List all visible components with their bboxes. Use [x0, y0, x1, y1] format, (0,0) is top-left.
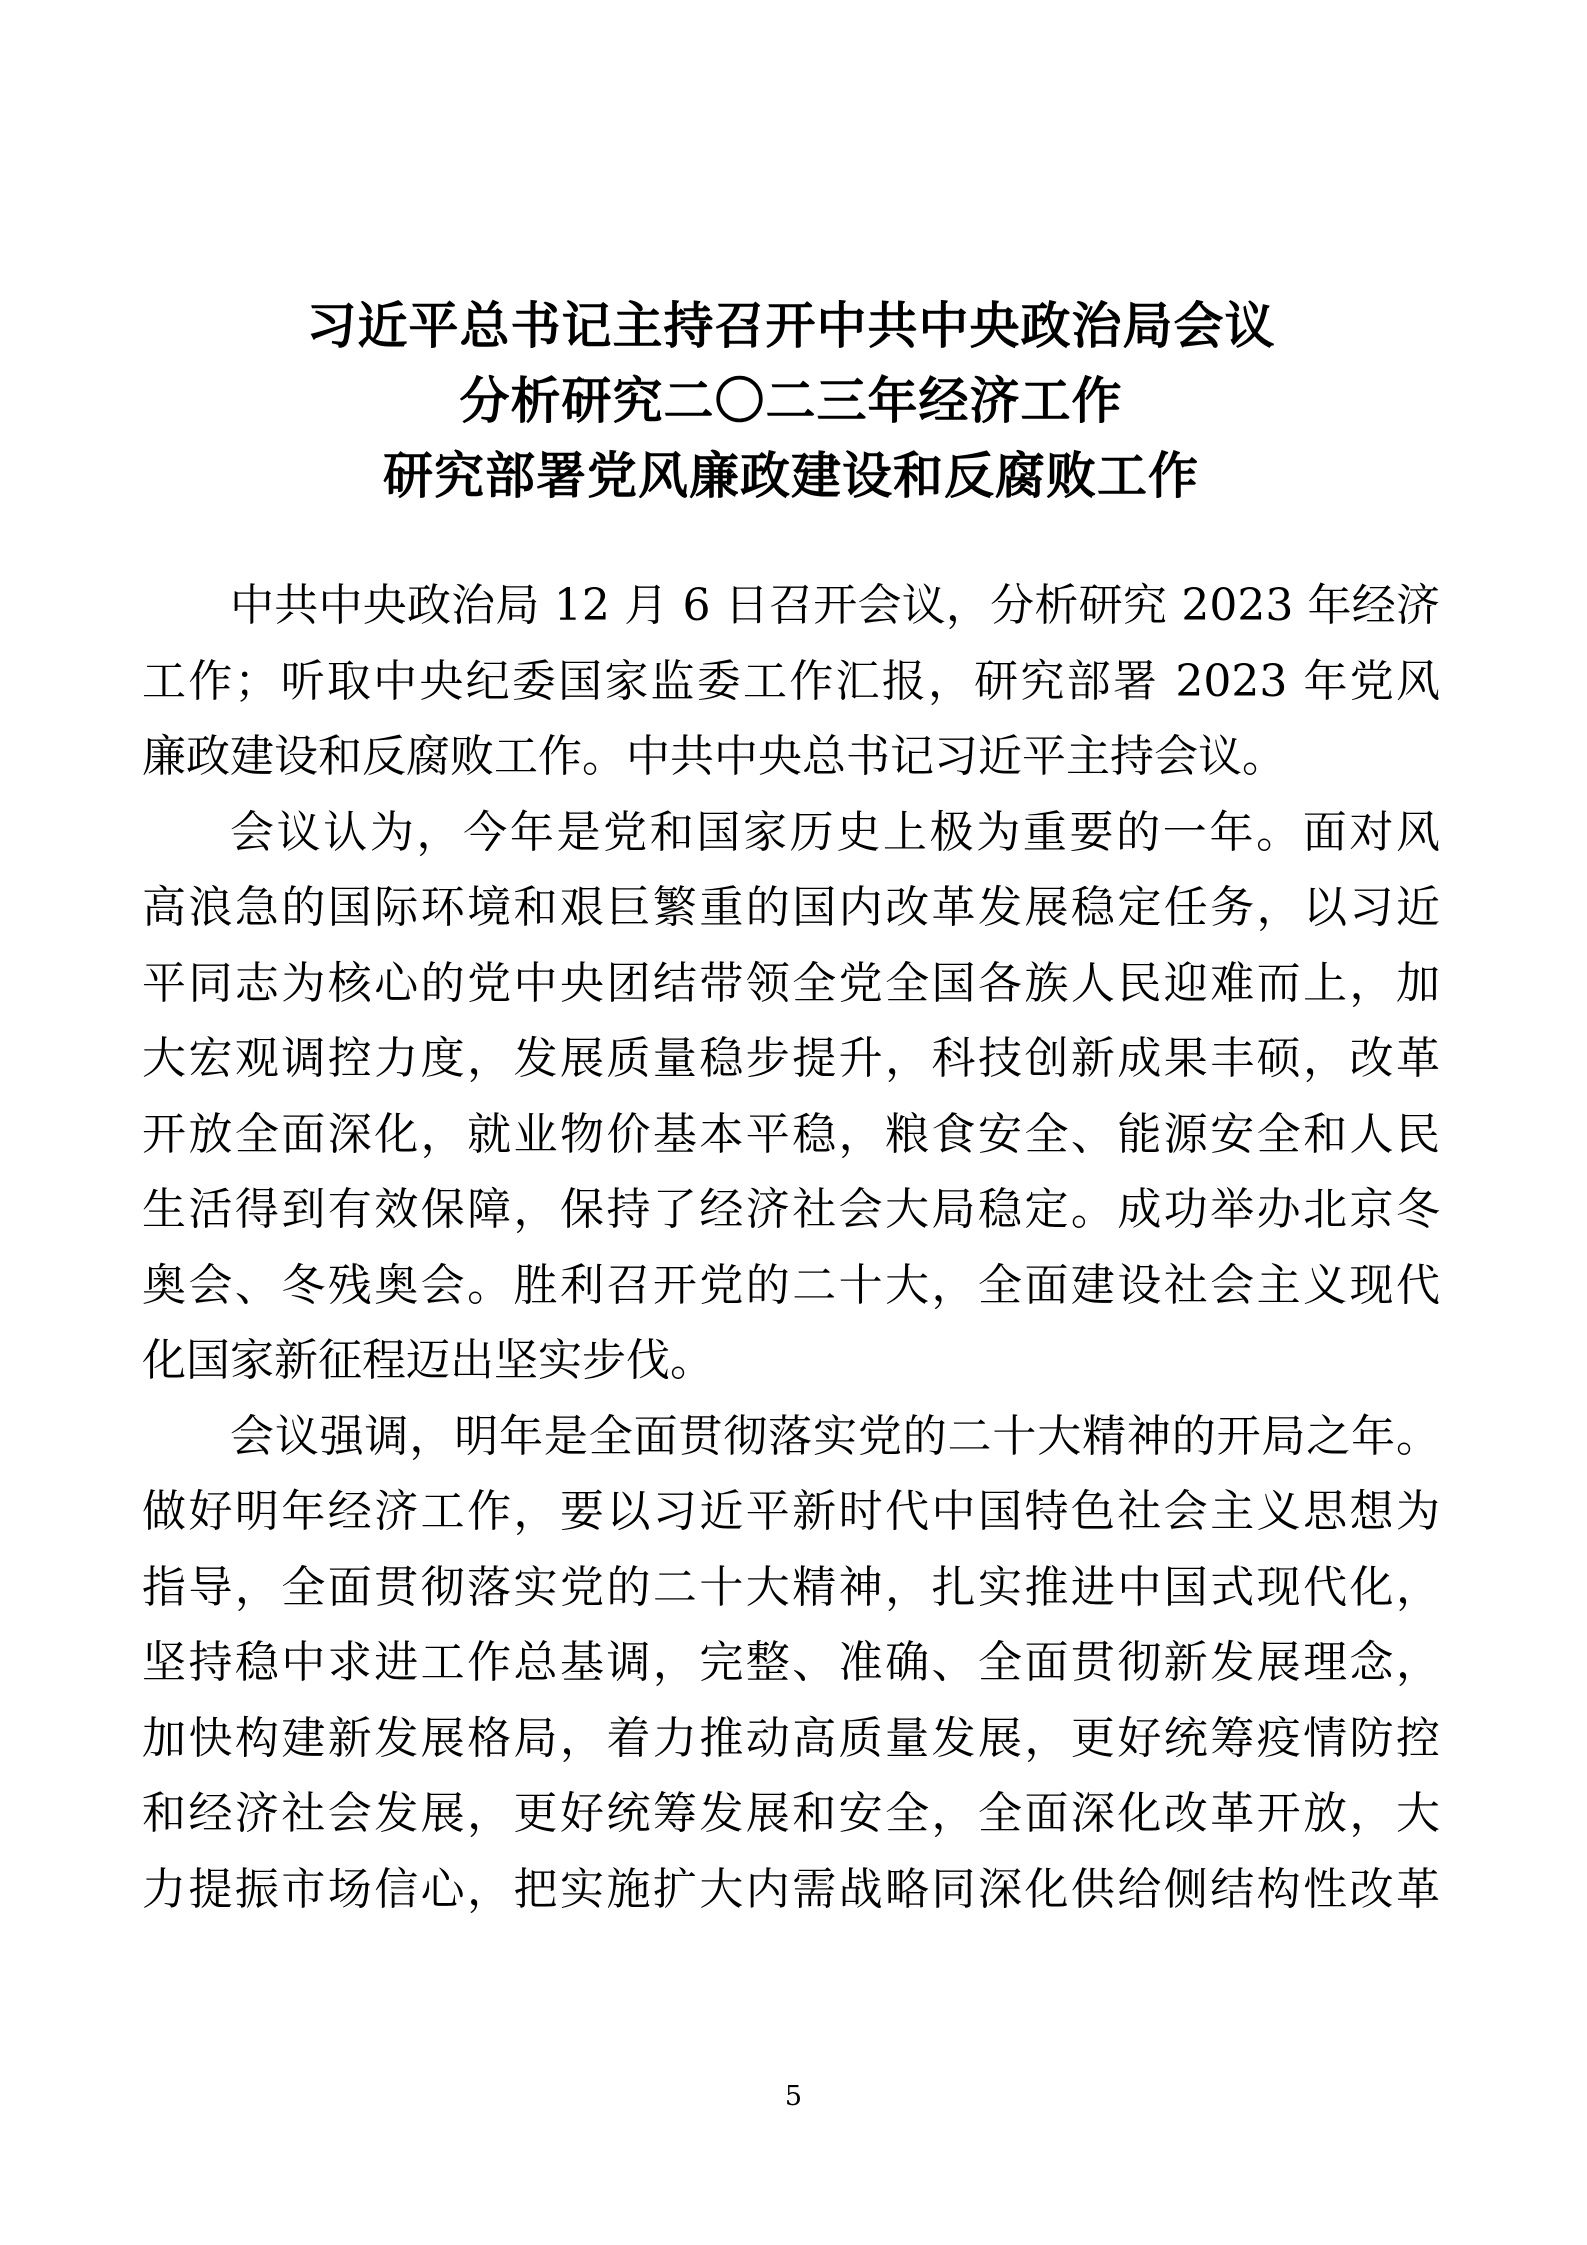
- body-line: 中共中央政治局 12 月 6 日召开会议，分析研究 2023 年经济: [142, 568, 1440, 644]
- paragraph: 会议强调，明年是全面贯彻落实党的二十大精神的开局之年。做好明年经济工作，要以习近…: [142, 1399, 1440, 1928]
- document-page: 习近平总书记主持召开中共中央政治局会议 分析研究二〇二三年经济工作 研究部署党风…: [0, 0, 1587, 2245]
- body-line: 力提振市场信心，把实施扩大内需战略同深化供给侧结构性改革: [142, 1852, 1440, 1928]
- body-line: 会议强调，明年是全面贯彻落实党的二十大精神的开局之年。: [142, 1399, 1440, 1475]
- body-line: 做好明年经济工作，要以习近平新时代中国特色社会主义思想为: [142, 1474, 1440, 1550]
- body-line: 和经济社会发展，更好统筹发展和安全，全面深化改革开放，大: [142, 1776, 1440, 1852]
- body-line: 大宏观调控力度，发展质量稳步提升，科技创新成果丰硕，改革: [142, 1021, 1440, 1097]
- title-line-3: 研究部署党风廉政建设和反腐败工作: [142, 438, 1440, 513]
- body-line: 化国家新征程迈出坚实步伐。: [142, 1323, 1440, 1399]
- body-line: 工作；听取中央纪委国家监委工作汇报，研究部署 2023 年党风: [142, 644, 1440, 720]
- title-line-1: 习近平总书记主持召开中共中央政治局会议: [142, 288, 1440, 363]
- body-line: 指导，全面贯彻落实党的二十大精神，扎实推进中国式现代化，: [142, 1550, 1440, 1626]
- document-title: 习近平总书记主持召开中共中央政治局会议 分析研究二〇二三年经济工作 研究部署党风…: [142, 288, 1440, 513]
- body-line: 廉政建设和反腐败工作。中共中央总书记习近平主持会议。: [142, 719, 1440, 795]
- body-line: 高浪急的国际环境和艰巨繁重的国内改革发展稳定任务，以习近: [142, 870, 1440, 946]
- body-line: 生活得到有效保障，保持了经济社会大局稳定。成功举办北京冬: [142, 1172, 1440, 1248]
- paragraph: 会议认为，今年是党和国家历史上极为重要的一年。面对风高浪急的国际环境和艰巨繁重的…: [142, 795, 1440, 1399]
- body-line: 奥会、冬残奥会。胜利召开党的二十大，全面建设社会主义现代: [142, 1248, 1440, 1324]
- body-line: 坚持稳中求进工作总基调，完整、准确、全面贯彻新发展理念，: [142, 1625, 1440, 1701]
- page-number: 5: [0, 2082, 1587, 2112]
- document-body: 中共中央政治局 12 月 6 日召开会议，分析研究 2023 年经济工作；听取中…: [142, 568, 1440, 1927]
- paragraph: 中共中央政治局 12 月 6 日召开会议，分析研究 2023 年经济工作；听取中…: [142, 568, 1440, 795]
- body-line: 平同志为核心的党中央团结带领全党全国各族人民迎难而上，加: [142, 946, 1440, 1022]
- title-line-2: 分析研究二〇二三年经济工作: [142, 363, 1440, 438]
- body-line: 会议认为，今年是党和国家历史上极为重要的一年。面对风: [142, 795, 1440, 871]
- body-line: 加快构建新发展格局，着力推动高质量发展，更好统筹疫情防控: [142, 1701, 1440, 1777]
- body-line: 开放全面深化，就业物价基本平稳，粮食安全、能源安全和人民: [142, 1097, 1440, 1173]
